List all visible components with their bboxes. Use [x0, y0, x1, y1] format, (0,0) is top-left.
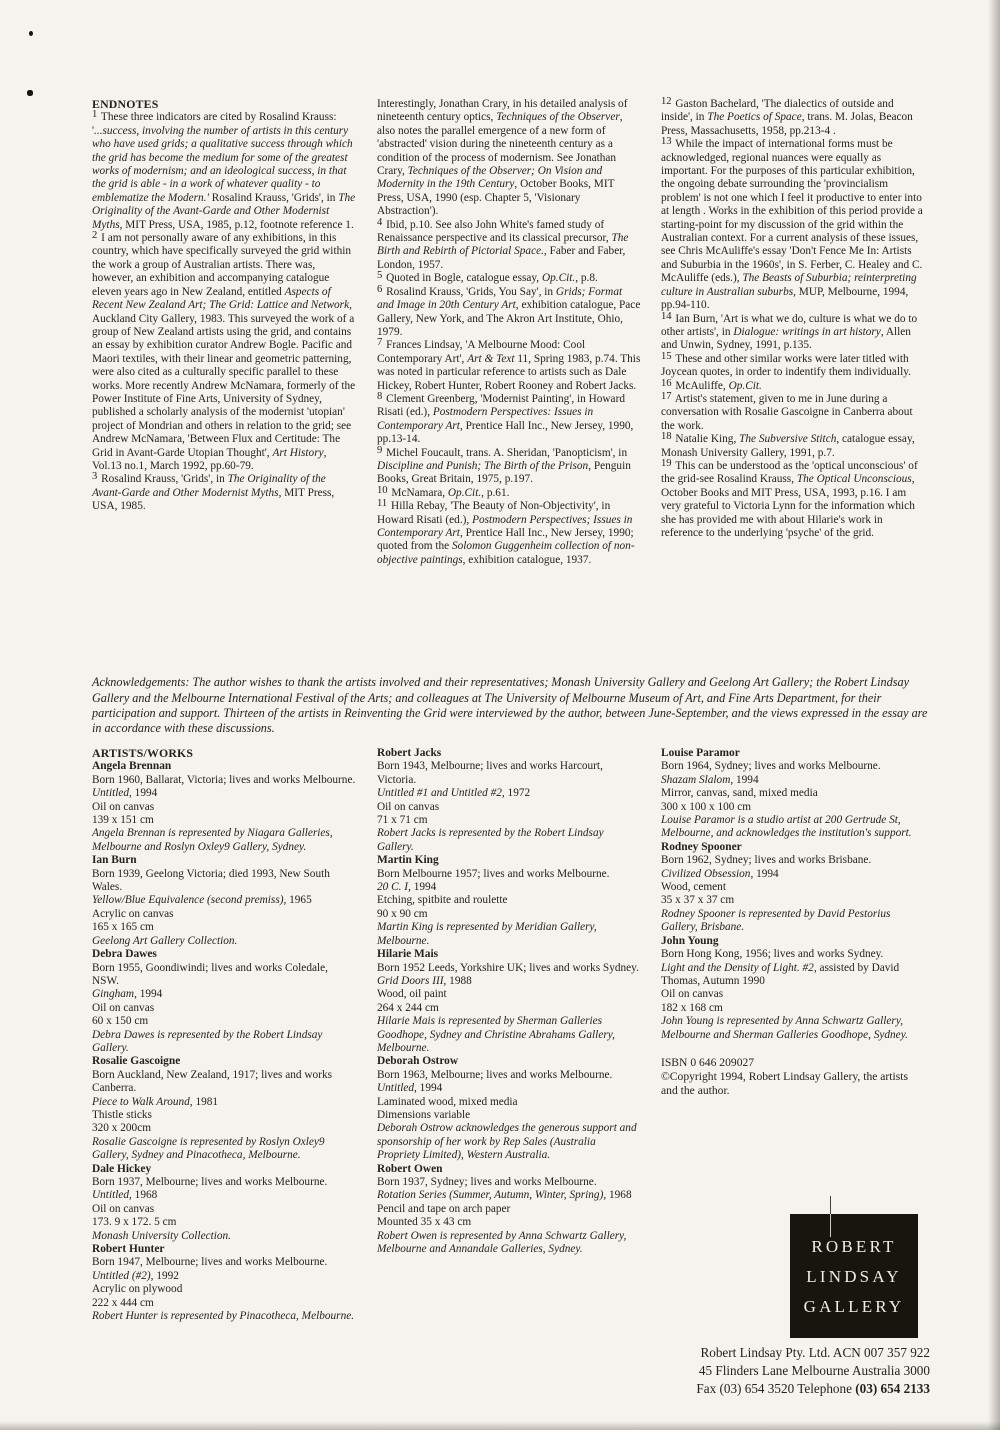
artist-detail-line: 320 x 200cm — [92, 1122, 356, 1135]
footer-address: Robert Lindsay Pty. Ltd. ACN 007 357 922… — [696, 1344, 930, 1399]
artist-detail-line: Laminated wood, mixed media — [377, 1096, 641, 1109]
endnote-text: Rosalind Krauss, 'Grids', in — [101, 473, 227, 485]
artist-detail-line: Born Auckland, New Zealand, 1917; lives … — [92, 1069, 356, 1096]
artist-detail-text: Oil on canvas — [92, 1203, 154, 1215]
artist-detail-text: , 1994 — [750, 868, 778, 880]
endnote: Interestingly, Jonathan Crary, in his de… — [377, 98, 641, 219]
artist-detail-line: 20 C. I, 1994 — [377, 881, 641, 894]
artist-detail-line: Oil on canvas — [92, 1203, 356, 1216]
artist-detail-line: 264 x 244 cm — [377, 1002, 641, 1015]
artist-detail-line: Grid Doors III, 1988 — [377, 975, 641, 988]
artist-detail-line: Mounted 35 x 43 cm — [377, 1216, 641, 1229]
artist-detail-line: Untitled #1 and Untitled #2, 1972 — [377, 787, 641, 800]
artist-name: Deborah Ostrow — [377, 1055, 641, 1068]
artist-detail-line: 35 x 37 x 37 cm — [661, 894, 925, 907]
endnote: 4 Ibid, p.10. See also John White's fame… — [377, 219, 641, 273]
artist-detail-line: Martin King is represented by Meridian G… — [377, 921, 641, 948]
artist-detail-italic: Rodney Spooner is represented by David P… — [661, 908, 890, 933]
artist-detail-text: , 1965 — [283, 894, 311, 906]
artist-detail-text: 165 x 165 cm — [92, 921, 154, 933]
artist-name: Ian Burn — [92, 854, 356, 867]
artist-detail-text: Born Melbourne 1957; lives and works Mel… — [377, 868, 610, 880]
endnote: 8 Clement Greenberg, 'Modernist Painting… — [377, 393, 641, 447]
endnote: 6 Rosalind Krauss, 'Grids, You Say', in … — [377, 286, 641, 340]
artist-detail-text: 300 x 100 x 100 cm — [661, 801, 751, 813]
artist-detail-line: Gingham, 1994 — [92, 988, 356, 1001]
artist-detail-line: Shazam Slalom, 1994 — [661, 774, 925, 787]
artist-detail-text: Acrylic on canvas — [92, 908, 174, 920]
isbn-text: ISBN 0 646 209027 — [661, 1056, 925, 1070]
endnotes-column-1: ENDNOTES 1 These three indicators are ci… — [92, 98, 356, 514]
artist-detail-italic: Untitled — [92, 787, 129, 799]
artist-detail-line: Mirror, canvas, sand, mixed media — [661, 787, 925, 800]
endnote-text: McNamara, — [391, 487, 447, 499]
copyright-text: ©Copyright 1994, Robert Lindsay Gallery,… — [661, 1070, 925, 1098]
endnote-text: , Auckland City Gallery, 1983. This surv… — [92, 299, 355, 458]
artist-detail-line: Pencil and tape on arch paper — [377, 1203, 641, 1216]
artist-detail-text: Etching, spitbite and roulette — [377, 894, 508, 906]
artist-detail-text: , 1988 — [444, 975, 472, 987]
artist-detail-text: 60 x 150 cm — [92, 1015, 148, 1027]
artist-detail-line: John Young is represented by Anna Schwar… — [661, 1015, 925, 1042]
artist-detail-text: 182 x 168 cm — [661, 1002, 723, 1014]
endnote: 15 These and other similar works were la… — [661, 353, 925, 380]
artist-detail-line: Born 1962, Sydney; lives and works Brisb… — [661, 854, 925, 867]
artist-detail-text: Born 1960, Ballarat, Victoria; lives and… — [92, 774, 355, 786]
artist-detail-line: 165 x 165 cm — [92, 921, 356, 934]
endnote-text: Art & Text — [467, 353, 514, 365]
endnote: 19 This can be understood as the 'optica… — [661, 460, 925, 540]
endnote-number: 19 — [661, 458, 672, 469]
footer-company-line: Robert Lindsay Pty. Ltd. ACN 007 357 922 — [696, 1344, 930, 1362]
artist-name: Hilarie Mais — [377, 948, 641, 961]
artist-detail-line: 71 x 71 cm — [377, 814, 641, 827]
endnote-number: 10 — [377, 485, 388, 496]
endnote-number: 9 — [377, 445, 382, 456]
artist-detail-text: 222 x 444 cm — [92, 1297, 154, 1309]
artist-name: Rodney Spooner — [661, 841, 925, 854]
endnote: 18 Natalie King, The Subversive Stitch, … — [661, 433, 925, 460]
artist-detail-italic: Geelong Art Gallery Collection. — [92, 935, 237, 947]
artist-name: Robert Owen — [377, 1163, 641, 1176]
endnote-number: 5 — [377, 270, 382, 281]
artist-detail-text: Oil on canvas — [661, 988, 723, 1000]
artists-column-3: Louise ParamorBorn 1964, Sydney; lives a… — [661, 747, 925, 1098]
artist-detail-italic: Deborah Ostrow acknowledges the generous… — [377, 1122, 637, 1161]
artist-detail-line: Monash University Collection. — [92, 1230, 356, 1243]
artist-detail-text: Dimensions variable — [377, 1109, 470, 1121]
endnote-text: Rosalind Krauss, 'Grids, You Say', in — [386, 286, 556, 298]
artist-detail-line: Yellow/Blue Equivalence (second premiss)… — [92, 894, 356, 907]
endnote-number: 3 — [92, 471, 97, 482]
artist-detail-line: Piece to Walk Around, 1981 — [92, 1096, 356, 1109]
endnote-text: McAuliffe, — [675, 380, 728, 392]
scan-edge-shadow — [988, 0, 1000, 1430]
artist-name: John Young — [661, 935, 925, 948]
artist-detail-text: Born 1937, Melbourne; lives and works Me… — [92, 1176, 327, 1188]
logo-line: GALLERY — [804, 1298, 905, 1315]
endnote-number: 18 — [661, 431, 672, 442]
artist-detail-italic: Monash University Collection. — [92, 1230, 231, 1242]
artist-detail-line: Oil on canvas — [661, 988, 925, 1001]
artist-detail-line: Rotation Series (Summer, Autumn, Winter,… — [377, 1189, 641, 1202]
artist-name: Martin King — [377, 854, 641, 867]
artist-detail-italic: 20 C. I — [377, 881, 408, 893]
artist-detail-line: Born Melbourne 1957; lives and works Mel… — [377, 868, 641, 881]
plumb-line — [830, 1196, 831, 1214]
artist-detail-text: Thistle sticks — [92, 1109, 152, 1121]
artist-detail-line: Rodney Spooner is represented by David P… — [661, 908, 925, 935]
artist-detail-line: Robert Owen is represented by Anna Schwa… — [377, 1230, 641, 1257]
endnote-text: Michel Foucault, trans. A. Sheridan, 'Pa… — [386, 447, 627, 459]
artist-detail-text: Born 1939, Geelong Victoria; died 1993, … — [92, 868, 330, 893]
artist-detail-line: 222 x 444 cm — [92, 1297, 356, 1310]
artist-detail-line: Born 1964, Sydney; lives and works Melbo… — [661, 760, 925, 773]
publication-info: ISBN 0 646 209027 ©Copyright 1994, Rober… — [661, 1056, 925, 1098]
artist-detail-italic: John Young is represented by Anna Schwar… — [661, 1015, 908, 1040]
endnote: 11 Hilla Rebay, 'The Beauty of Non-Objec… — [377, 500, 641, 567]
artist-detail-text: Pencil and tape on arch paper — [377, 1203, 510, 1215]
artist-detail-text: Oil on canvas — [92, 1002, 154, 1014]
endnote-text: Dialogue: writings in art history — [733, 326, 881, 338]
artist-detail-text: , 1972 — [502, 787, 530, 799]
endnote-text: Art History — [272, 447, 323, 459]
endnote-number: 6 — [377, 284, 382, 295]
artist-detail-line: 90 x 90 cm — [377, 908, 641, 921]
endnote: 16 McAuliffe, Op.Cit. — [661, 380, 925, 393]
artist-detail-italic: Grid Doors III — [377, 975, 444, 987]
endnote-text: , MIT Press, USA, 1985, p.12, footnote r… — [120, 219, 354, 231]
endnote-text: Op.Cit. — [729, 380, 762, 392]
endnote-text: The Subversive Stitch — [739, 433, 836, 445]
endnotes-column-3: 12 Gaston Bachelard, 'The dialectics of … — [661, 98, 925, 540]
artist-detail-text: Born 1955, Goondiwindi; lives and works … — [92, 962, 328, 987]
scan-speck — [27, 90, 33, 96]
artist-detail-line: Untitled, 1994 — [92, 787, 356, 800]
artist-detail-line: Hilarie Mais is represented by Sherman G… — [377, 1015, 641, 1055]
artist-name: Robert Jacks — [377, 747, 641, 760]
artist-detail-italic: Rosalie Gascoigne is represented by Rosl… — [92, 1136, 325, 1161]
plumb-line — [830, 1214, 831, 1237]
endnote-text: Rosalind Krauss, 'Grids', in — [209, 192, 338, 204]
artist-detail-italic: Shazam Slalom — [661, 774, 730, 786]
artist-name: Angela Brennan — [92, 760, 356, 773]
logo-line: ROBERT — [811, 1238, 896, 1255]
endnote-number: 14 — [661, 311, 672, 322]
endnote-text: Artist's statement, given to me in June … — [661, 393, 913, 432]
endnote-number: 8 — [377, 391, 382, 402]
endnote-number: 12 — [661, 96, 672, 107]
artist-detail-line: 182 x 168 cm — [661, 1002, 925, 1015]
artist-detail-line: Acrylic on plywood — [92, 1283, 356, 1296]
artist-detail-italic: Robert Hunter is represented by Pinacoth… — [92, 1310, 354, 1322]
artist-detail-italic: Robert Owen is represented by Anna Schwa… — [377, 1230, 626, 1255]
artist-detail-line: Born Hong Kong, 1956; lives and works Sy… — [661, 948, 925, 961]
artists-list: Robert JacksBorn 1943, Melbourne; lives … — [377, 747, 641, 1256]
endnote-text: The Optical Unconscious — [797, 473, 912, 485]
artist-detail-italic: Yellow/Blue Equivalence (second premiss) — [92, 894, 283, 906]
endnote: 9 Michel Foucault, trans. A. Sheridan, '… — [377, 447, 641, 487]
artist-detail-line: Born 1943, Melbourne; lives and works Ha… — [377, 760, 641, 787]
artist-detail-line: Wood, cement — [661, 881, 925, 894]
artist-detail-text: Oil on canvas — [377, 801, 439, 813]
endnote-text: , p.61. — [481, 487, 509, 499]
artist-detail-italic: Untitled — [377, 1082, 414, 1094]
endnote: 13 While the impact of international for… — [661, 138, 925, 312]
artist-detail-text: 71 x 71 cm — [377, 814, 428, 826]
artist-detail-line: Civilized Obsession, 1994 — [661, 868, 925, 881]
artist-detail-text: , 1968 — [129, 1189, 157, 1201]
endnotes-list: Interestingly, Jonathan Crary, in his de… — [377, 98, 641, 567]
artist-detail-line: Untitled, 1994 — [377, 1082, 641, 1095]
artist-detail-text: 173. 9 x 172. 5 cm — [92, 1216, 176, 1228]
endnote-text: While the impact of international forms … — [661, 138, 923, 284]
artist-name: Rosalie Gascoigne — [92, 1055, 356, 1068]
endnotes-list: 12 Gaston Bachelard, 'The dialectics of … — [661, 98, 925, 540]
endnote-text: , exhibition catalogue, 1937. — [463, 554, 592, 566]
artist-detail-line: Light and the Density of Light. #2, assi… — [661, 962, 925, 989]
artist-detail-text: Born 1943, Melbourne; lives and works Ha… — [377, 760, 603, 785]
artist-detail-line: Oil on canvas — [92, 1002, 356, 1015]
artist-detail-line: Louise Paramor is a studio artist at 200… — [661, 814, 925, 841]
artist-detail-text: Born 1964, Sydney; lives and works Melbo… — [661, 760, 881, 772]
artist-name: Debra Dawes — [92, 948, 356, 961]
artist-detail-italic: Untitled #1 and Untitled #2 — [377, 787, 502, 799]
artist-detail-line: 139 x 151 cm — [92, 814, 356, 827]
artist-detail-line: Wood, oil paint — [377, 988, 641, 1001]
artist-detail-text: Wood, cement — [661, 881, 726, 893]
artist-detail-text: , 1994 — [129, 787, 157, 799]
artist-detail-line: Angela Brennan is represented by Niagara… — [92, 827, 356, 854]
artist-detail-line: 173. 9 x 172. 5 cm — [92, 1216, 356, 1229]
artist-detail-italic: Robert Jacks is represented by the Rober… — [377, 827, 604, 852]
artist-detail-line: Rosalie Gascoigne is represented by Rosl… — [92, 1136, 356, 1163]
endnote: 7 Frances Lindsay, 'A Melbourne Mood: Co… — [377, 339, 641, 393]
artist-detail-line: Dimensions variable — [377, 1109, 641, 1122]
artist-detail-text: 320 x 200cm — [92, 1122, 151, 1134]
footer-street-line: 45 Flinders Lane Melbourne Australia 300… — [696, 1362, 930, 1380]
artist-detail-italic: Civilized Obsession — [661, 868, 750, 880]
footer-telephone-number: (03) 654 2133 — [855, 1381, 930, 1396]
artist-detail-line: Robert Hunter is represented by Pinacoth… — [92, 1310, 356, 1323]
artist-detail-italic: Untitled (#2) — [92, 1270, 151, 1282]
artist-detail-line: Untitled (#2), 1992 — [92, 1270, 356, 1283]
artist-detail-italic: Piece to Walk Around — [92, 1096, 190, 1108]
endnote: 12 Gaston Bachelard, 'The dialectics of … — [661, 98, 925, 138]
artists-column-1: ARTISTS/WORKS Angela BrennanBorn 1960, B… — [92, 747, 356, 1323]
artist-detail-text: Born 1962, Sydney; lives and works Brisb… — [661, 854, 871, 866]
artist-detail-line: Oil on canvas — [92, 801, 356, 814]
artist-detail-text: Wood, oil paint — [377, 988, 447, 1000]
artist-detail-line: Deborah Ostrow acknowledges the generous… — [377, 1122, 641, 1162]
endnote: 10 McNamara, Op.Cit., p.61. — [377, 487, 641, 500]
endnote-text: Ibid, p.10. See also John White's famed … — [377, 219, 612, 244]
artist-detail-line: 300 x 100 x 100 cm — [661, 801, 925, 814]
robert-lindsay-gallery-logo: ROBERT LINDSAY GALLERY — [790, 1214, 918, 1338]
artist-detail-text: 264 x 244 cm — [377, 1002, 439, 1014]
artist-detail-text: Born Hong Kong, 1956; lives and works Sy… — [661, 948, 883, 960]
artist-detail-line: Born 1955, Goondiwindi; lives and works … — [92, 962, 356, 989]
endnote: 17 Artist's statement, given to me in Ju… — [661, 393, 925, 433]
artist-detail-line: Born 1937, Sydney; lives and works Melbo… — [377, 1176, 641, 1189]
endnote-text: Techniques of the Observer — [496, 111, 620, 123]
artist-detail-text: Born 1937, Sydney; lives and works Melbo… — [377, 1176, 597, 1188]
artist-detail-text: Born 1963, Melbourne; lives and works Me… — [377, 1069, 612, 1081]
artist-detail-line: Geelong Art Gallery Collection. — [92, 935, 356, 948]
artist-detail-line: Etching, spitbite and roulette — [377, 894, 641, 907]
artist-detail-text: , 1981 — [190, 1096, 218, 1108]
acknowledgements-text: Acknowledgements: The author wishes to t… — [92, 675, 932, 737]
endnote-number: 11 — [377, 498, 387, 509]
artist-detail-italic: Debra Dawes is represented by the Robert… — [92, 1029, 322, 1054]
artists-list: Louise ParamorBorn 1964, Sydney; lives a… — [661, 747, 925, 1042]
artists-column-2: Robert JacksBorn 1943, Melbourne; lives … — [377, 747, 641, 1256]
endnote: 14 Ian Burn, 'Art is what we do, culture… — [661, 313, 925, 353]
artist-detail-text: , 1992 — [151, 1270, 179, 1282]
catalogue-page: ENDNOTES 1 These three indicators are ci… — [0, 0, 1000, 1430]
artist-detail-text: , 1994 — [408, 881, 436, 893]
endnote-text: Op.Cit. — [448, 487, 481, 499]
endnote-text: These and other similar works were later… — [661, 353, 911, 378]
artist-detail-line: Acrylic on canvas — [92, 908, 356, 921]
artist-detail-text: , 1994 — [730, 774, 758, 786]
endnote: 1 These three indicators are cited by Ro… — [92, 111, 356, 232]
artist-detail-italic: Rotation Series (Summer, Autumn, Winter,… — [377, 1189, 603, 1201]
endnote-text: Op.Cit. — [542, 272, 575, 284]
endnotes-list: 1 These three indicators are cited by Ro… — [92, 111, 356, 513]
artist-name: Louise Paramor — [661, 747, 925, 760]
endnote-number: 1 — [92, 109, 97, 120]
artist-detail-text: Born 1947, Melbourne; lives and works Me… — [92, 1256, 327, 1268]
footer-fax-text: Fax (03) 654 3520 Telephone — [696, 1381, 855, 1396]
artist-detail-line: Born 1960, Ballarat, Victoria; lives and… — [92, 774, 356, 787]
endnote-text: Discipline and Punish; The Birth of the … — [377, 460, 588, 472]
artists-list: Angela BrennanBorn 1960, Ballarat, Victo… — [92, 760, 356, 1323]
endnote-text: Quoted in Bogle, catalogue essay, — [386, 272, 542, 284]
artist-detail-italic: Martin King is represented by Meridian G… — [377, 921, 597, 946]
artist-detail-text: , 1994 — [134, 988, 162, 1000]
endnote-number: 16 — [661, 378, 672, 389]
artist-detail-text: Acrylic on plywood — [92, 1283, 182, 1295]
endnote-text: Natalie King, — [675, 433, 739, 445]
artists-works-heading: ARTISTS/WORKS — [92, 747, 356, 760]
artist-detail-line: Oil on canvas — [377, 801, 641, 814]
artist-detail-line: Born 1952 Leeds, Yorkshire UK; lives and… — [377, 962, 641, 975]
artist-detail-italic: Light and the Density of Light. #2 — [661, 962, 814, 974]
endnote-text: The Poetics of Space — [707, 111, 801, 123]
artist-detail-text: Oil on canvas — [92, 801, 154, 813]
artist-detail-text: Laminated wood, mixed media — [377, 1096, 518, 1108]
artist-detail-text: , 1994 — [414, 1082, 442, 1094]
artist-detail-line: Born 1937, Melbourne; lives and works Me… — [92, 1176, 356, 1189]
artist-detail-text: Born Auckland, New Zealand, 1917; lives … — [92, 1069, 332, 1094]
artist-name: Dale Hickey — [92, 1163, 356, 1176]
endnote-number: 17 — [661, 391, 672, 402]
artist-detail-line: Thistle sticks — [92, 1109, 356, 1122]
artist-detail-text: 35 x 37 x 37 cm — [661, 894, 734, 906]
endnote-number: 2 — [92, 230, 97, 241]
artist-detail-italic: Hilarie Mais is represented by Sherman G… — [377, 1015, 615, 1054]
logo-line: LINDSAY — [806, 1268, 901, 1285]
endnote-number: 15 — [661, 351, 672, 362]
artist-name: Robert Hunter — [92, 1243, 356, 1256]
artist-detail-text: , 1968 — [603, 1189, 631, 1201]
endnote: 2 I am not personally aware of any exhib… — [92, 232, 356, 473]
artist-detail-line: Born 1947, Melbourne; lives and works Me… — [92, 1256, 356, 1269]
artist-detail-italic: Angela Brennan is represented by Niagara… — [92, 827, 333, 852]
endnotes-column-2: Interestingly, Jonathan Crary, in his de… — [377, 98, 641, 567]
artist-detail-text: Mounted 35 x 43 cm — [377, 1216, 471, 1228]
artist-detail-text: 139 x 151 cm — [92, 814, 154, 826]
artist-detail-line: Untitled, 1968 — [92, 1189, 356, 1202]
scan-edge-shadow — [0, 1421, 1000, 1430]
endnote-number: 7 — [377, 337, 382, 348]
artist-detail-line: Debra Dawes is represented by the Robert… — [92, 1029, 356, 1056]
artist-detail-italic: Untitled — [92, 1189, 129, 1201]
endnote-number: 13 — [661, 136, 672, 147]
artist-detail-line: Born 1963, Melbourne; lives and works Me… — [377, 1069, 641, 1082]
artist-detail-italic: Louise Paramor is a studio artist at 200… — [661, 814, 912, 839]
artist-detail-text: Born 1952 Leeds, Yorkshire UK; lives and… — [377, 962, 639, 974]
artist-detail-line: 60 x 150 cm — [92, 1015, 356, 1028]
endnotes-heading: ENDNOTES — [92, 98, 356, 111]
scan-speck — [29, 31, 33, 36]
artist-detail-italic: Gingham — [92, 988, 134, 1000]
endnote: 3 Rosalind Krauss, 'Grids', in The Origi… — [92, 473, 356, 513]
artist-detail-line: Born 1939, Geelong Victoria; died 1993, … — [92, 868, 356, 895]
artist-detail-text: Mirror, canvas, sand, mixed media — [661, 787, 818, 799]
footer-phone-line: Fax (03) 654 3520 Telephone (03) 654 213… — [696, 1380, 930, 1398]
endnote-number: 4 — [377, 217, 382, 228]
artist-detail-line: Robert Jacks is represented by the Rober… — [377, 827, 641, 854]
artist-detail-text: 90 x 90 cm — [377, 908, 428, 920]
endnote: 5 Quoted in Bogle, catalogue essay, Op.C… — [377, 272, 641, 285]
endnote-text: , p.8. — [575, 272, 598, 284]
